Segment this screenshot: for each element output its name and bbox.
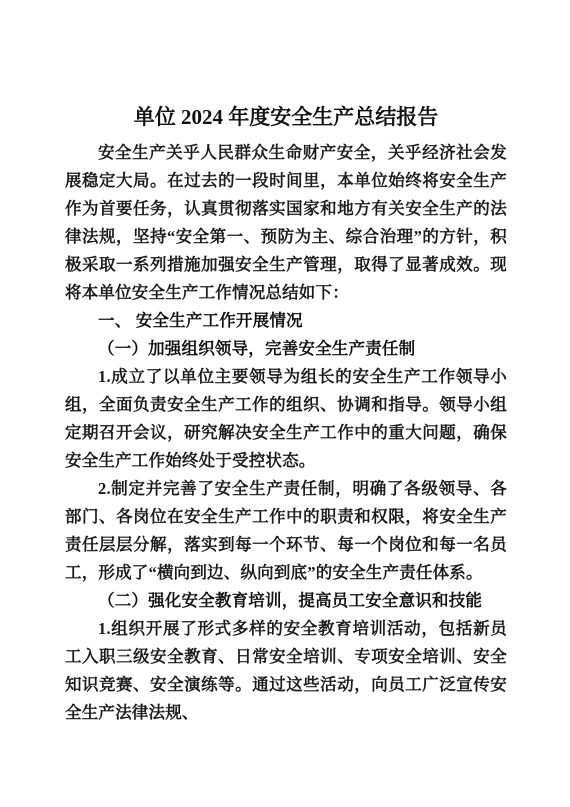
intro-paragraph: 安全生产关乎人民群众生命财产安全，关乎经济社会发展稳定大局。在过去的一段时间里，… [65,139,507,307]
document-title: 单位 2024 年度安全生产总结报告 [65,103,507,131]
paragraph-item-3: 1.组织开展了形式多样的安全教育培训活动，包括新员工入职三级安全教育、日常安全培… [65,615,507,727]
document-page: 单位 2024 年度安全生产总结报告 安全生产关乎人民群众生命财产安全，关乎经济… [0,0,570,807]
section-heading-1: 一、 安全生产工作开展情况 [65,307,507,335]
subsection-heading-1-2: （二）强化安全教育培训，提高员工安全意识和技能 [65,587,507,615]
document-body: 安全生产关乎人民群众生命财产安全，关乎经济社会发展稳定大局。在过去的一段时间里，… [65,139,507,727]
subsection-heading-1-1: （一）加强组织领导，完善安全生产责任制 [65,335,507,363]
paragraph-item-2: 2.制定并完善了安全生产责任制，明确了各级领导、各部门、各岗位在安全生产工作中的… [65,475,507,587]
paragraph-item-1: 1.成立了以单位主要领导为组长的安全生产工作领导小组，全面负责安全生产工作的组织… [65,363,507,475]
